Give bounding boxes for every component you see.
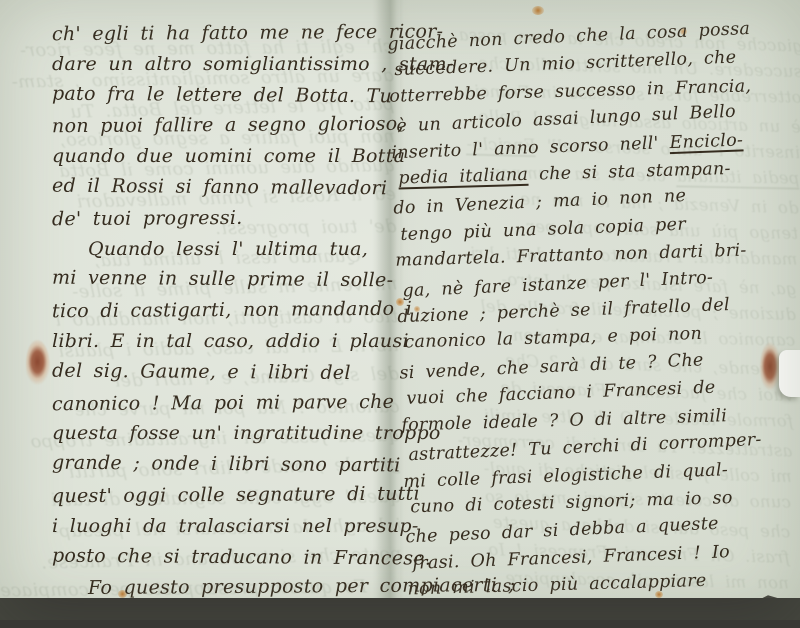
handwriting-segment: pato fra le lettere del Botta. Tu xyxy=(52,82,392,107)
handwriting-segment: grande ; onde i libri sono partiti xyxy=(52,452,401,477)
handwriting-line: quest' oggi colle segnature di tutti xyxy=(52,479,398,512)
handwriting-segment: canonico ! Ma poi mi parve che xyxy=(52,390,394,414)
handwriting-line: libri. E in tal caso, addio i plausi xyxy=(52,326,398,357)
handwriting-line: canonico ! Ma poi mi parve che xyxy=(52,386,398,419)
handwriting-line: quando due uomini come il Botta xyxy=(52,141,398,172)
right-page-text: giacchè non credo che la cosa possasucce… xyxy=(387,16,800,606)
handwriting-segment: mi venne in sulle prime il solle- xyxy=(52,267,394,292)
handwriting-segment: i luoghi da tralasciarsi nel presup- xyxy=(52,515,419,537)
handwriting-segment: non mi lascio più accalappiare xyxy=(407,571,707,600)
handwriting-segment: che si sta stampan- xyxy=(528,159,731,185)
underlined-handwriting-segment: pedia italiana xyxy=(398,165,528,189)
foxing-spot xyxy=(532,6,544,15)
handwriting-line: posto che si traducano in Francese. xyxy=(52,540,398,574)
handwriting-segment: posto che si traducano in Francese. xyxy=(52,544,431,569)
handwriting-segment: Quando lessi l' ultima tua, xyxy=(88,238,368,260)
handwriting-line: ed il Rossi si fanno mallevadori xyxy=(52,171,398,205)
handwriting-segment: del sig. Gaume, e i libri del xyxy=(52,359,351,383)
handwriting-segment: quando due uomini come il Botta xyxy=(52,145,405,167)
handwriting-line: grande ; onde i libri sono partiti xyxy=(52,448,398,482)
handwriting-segment: quest' oggi colle segnature di tutti xyxy=(52,483,420,508)
handwriting-line: dare un altro somigliantissimo , stam- xyxy=(52,49,398,80)
left-page-text: ch' egli ti ha fatto me ne fece ricor-da… xyxy=(52,18,398,603)
handwriting-line: non puoi fallire a segno glorioso, xyxy=(52,109,398,142)
handwriting-line: pato fra le lettere del Botta. Tu xyxy=(52,78,398,112)
handwriting-line: i luoghi da tralasciarsi nel presup- xyxy=(52,511,398,542)
handwriting-line: del sig. Gaume, e i libri del xyxy=(52,355,398,389)
handwriting-segment: ed il Rossi si fanno mallevadori xyxy=(52,175,388,200)
handwriting-segment: tico di castigarti, non mandando i xyxy=(52,298,412,323)
handwriting-segment: libri. E in tal caso, addio i plausi xyxy=(52,330,409,352)
handwriting-segment: questa fosse un' ingratitudine troppo xyxy=(52,422,441,444)
handwriting-line: ch' egli ti ha fatto me ne fece ricor- xyxy=(52,17,398,50)
handwriting-segment: de' tuoi progressi. xyxy=(52,207,243,230)
handwriting-line: mi venne in sulle prime il solle- xyxy=(52,263,398,297)
scanner-backdrop xyxy=(0,598,800,628)
wax-seal-residue-left xyxy=(26,340,50,392)
handwriting-line: questa fosse un' ingratitudine troppo xyxy=(52,418,398,449)
handwriting-line: de' tuoi progressi. xyxy=(52,202,398,235)
handwriting-line: Quando lessi l' ultima tua, xyxy=(52,234,398,265)
handwriting-segment: non puoi fallire a segno glorioso, xyxy=(52,113,404,137)
handwriting-line: tico di castigarti, non mandando i xyxy=(52,294,398,327)
letter-scan: ch' egli ti ha fatto me ne fece ricor-da… xyxy=(0,0,800,628)
handwriting-segment: ch' egli ti ha fatto me ne fece ricor- xyxy=(52,20,444,45)
underlined-handwriting-segment: Enciclo- xyxy=(669,130,743,153)
